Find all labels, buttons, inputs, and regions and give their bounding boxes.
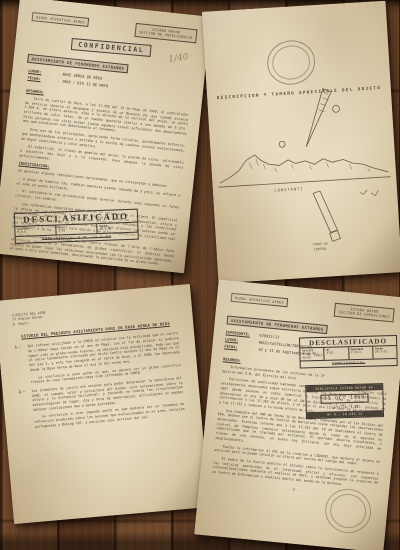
stamp-field: Apartado7,3(2)	[349, 347, 374, 360]
stamp-field: Nº:3752	[56, 224, 97, 234]
stamp-field: Fecha26-3-92	[373, 346, 397, 359]
document-reus-report: MANDO OPERATIVO AEREO ESTADO MAYOR SECCI…	[0, 0, 211, 273]
scribble-mark	[371, 190, 378, 195]
stamp-field-value: 26-3-92	[375, 349, 387, 353]
registry-number-bar: Nº R.: 10.305,12	[307, 410, 383, 418]
mountains-label: CONSTANTI	[274, 186, 303, 193]
desclasificado-stamp: DESCLASIFICADO EscritoMando Op. Aereo Nº…	[299, 335, 398, 369]
small-circle-mark	[332, 105, 339, 112]
doc1-header-left-box: MANDO OPERATIVO AEREO	[31, 12, 89, 27]
registry-stamp-header: BIBLIOTECA ESTADO MAYOR EA	[306, 384, 382, 392]
round-ink-stamp-inner-ring	[326, 490, 370, 532]
stamp-field-value: M.O.A.	[17, 230, 27, 234]
stamp-field-value: 26-3-92	[99, 227, 111, 231]
stamp-field-value: 3752	[327, 351, 334, 355]
doc3-body: 1.- Del informe solicitado a la CONIE en…	[0, 324, 201, 432]
ufo-sketch-drawing: CONSTANTI TORRE DE CONTROL	[202, 1, 400, 284]
horizon-line	[219, 177, 391, 188]
stamp-field: EscritoMando Op. Aereo	[300, 348, 325, 361]
stamp-field-value: 7,3(2)	[351, 350, 361, 354]
stamp-field: Escrito:M.O.A.	[15, 226, 56, 236]
registry-line: Cartilla: 3,29	[307, 404, 383, 410]
doc4-body: RESUMEN: Informacion procedente de los a…	[199, 350, 400, 500]
stamp-field: Fecha:26-3-92	[97, 223, 137, 233]
small-circle-mark	[279, 141, 285, 147]
crossed-classification-text: CONFIDENCIAL	[332, 361, 365, 366]
document-object-sketch: DESCRIPCION Y TAMAÑO APRECIABLE DEL OBJE…	[202, 1, 400, 284]
stamp-field: Nº3752	[325, 347, 350, 360]
document-conie-study: EJERCITO DEL AIRE 3ª Region Aerea E. May…	[0, 284, 209, 524]
scribble-check-mark	[360, 190, 367, 194]
crossed-classification-text: CONFIDENCIAL E.M. 13-5-69	[42, 235, 111, 241]
doc4-header-left-box: MANDO OPERATIVO AEREO	[231, 293, 289, 308]
cone-object-outline	[303, 88, 334, 147]
crossed-classification: CONFIDENCIAL	[301, 359, 397, 368]
tower-label-line2: CONTROL	[314, 247, 328, 252]
stamp-field-value: 3752	[58, 228, 65, 232]
mountain-skyline	[219, 147, 388, 183]
tower-view-object	[313, 190, 338, 233]
expediente-value: 670911/12	[259, 334, 279, 341]
desclasificado-stamp: DESCLASIFICADO Escrito:M.O.A. Nº:3752 Fe…	[14, 209, 139, 244]
document-1967-sightings: MANDO OPERATIVO AEREO ESTADO MAYOR SECCI…	[194, 279, 400, 550]
library-registry-stamp: BIBLIOTECA ESTADO MAYOR EA 13 OCT 1992 C…	[305, 383, 384, 419]
photo-of-declassified-documents: { "doc1": { "header_left": "MANDO OPERAT…	[0, 0, 400, 550]
stamp-field-value: Mando Op. Aereo	[302, 351, 317, 359]
mountain-texture	[249, 152, 370, 179]
registry-date-stamp: 13 OCT 1992	[320, 393, 368, 403]
